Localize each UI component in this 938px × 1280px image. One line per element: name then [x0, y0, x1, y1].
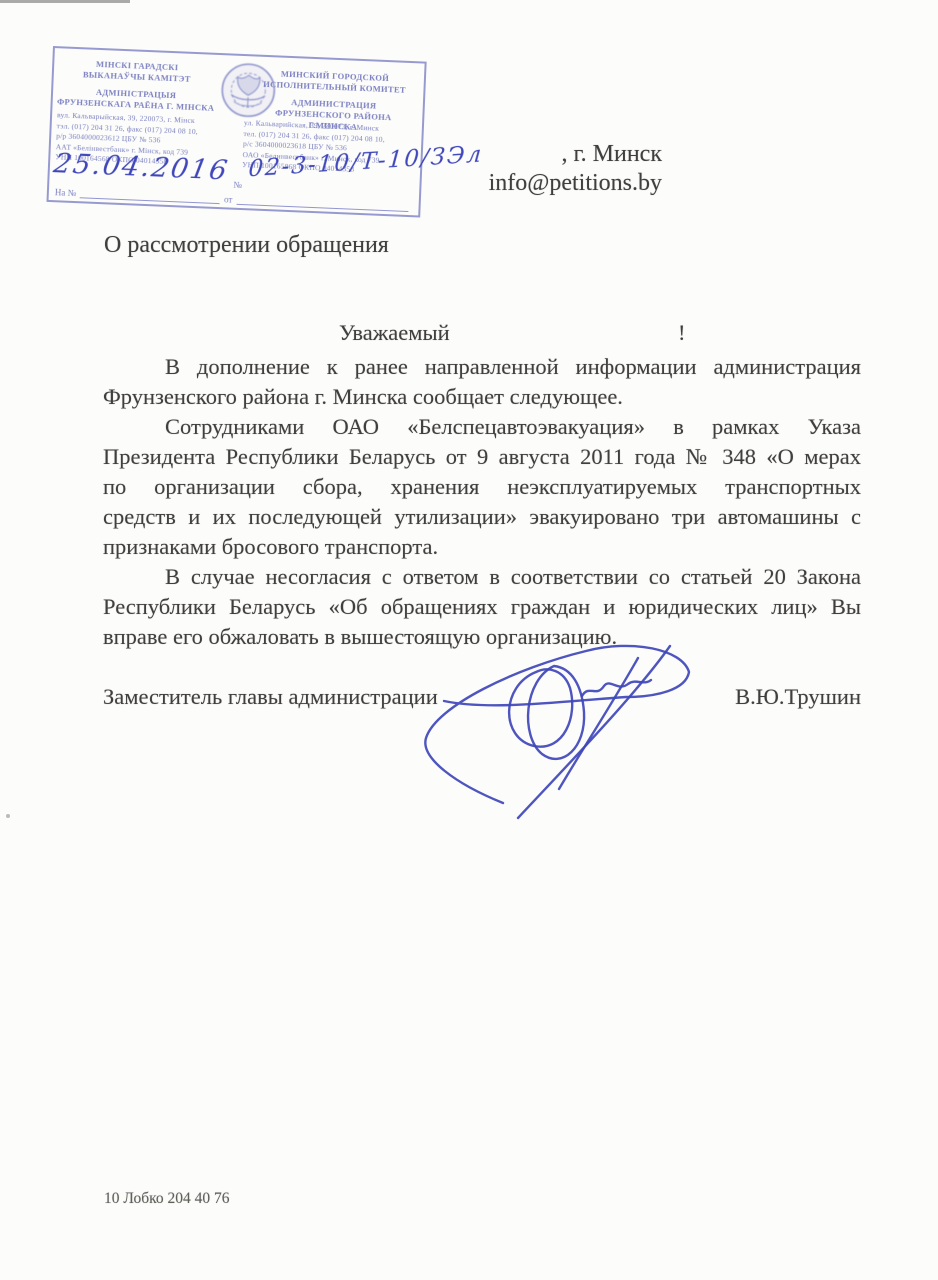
body-line: признаками бросового транспорта.	[103, 532, 861, 562]
reference-line: На № от	[55, 186, 413, 212]
salutation-punctuation: !	[678, 320, 686, 346]
handwritten-date: 25.04.2016	[51, 148, 231, 186]
signer-title: Заместитель главы администрации	[103, 684, 438, 710]
signer-name: В.Ю.Трушин	[735, 684, 861, 710]
body-line: В случае несогласия с ответом в соответс…	[103, 562, 861, 592]
body-line: В дополнение к ранее направленной информ…	[103, 352, 861, 382]
letter-body: Уважаемый ! В дополнение к ранее направл…	[103, 320, 861, 652]
blank-underline	[236, 194, 409, 212]
body-line: по организации сбора, хранения неэксплуа…	[103, 472, 861, 502]
recipient-email: info@petitions.by	[489, 169, 662, 198]
scanned-letter-page: МІНСКІ ГАРАДСКІ ВЫКАНАЎЧЫ КАМІТЭТ АДМІНІ…	[0, 0, 938, 1280]
salutation-row: Уважаемый !	[103, 320, 861, 352]
body-line: Республики Беларусь «Об обращениях гражд…	[103, 592, 861, 622]
blank-underline	[80, 187, 220, 204]
letterhead-stamp: МІНСКІ ГАРАДСКІ ВЫКАНАЎЧЫ КАМІТЭТ АДМІНІ…	[46, 46, 426, 218]
recipient-city: , г. Минск	[489, 140, 662, 169]
signature-scribble	[396, 634, 698, 824]
recipient-block: , г. Минск info@petitions.by	[489, 140, 662, 198]
salutation: Уважаемый	[339, 320, 450, 346]
body-line: Фрунзенского района г. Минска сообщает с…	[103, 382, 861, 412]
body-line: средств и их последующей утилизации» эва…	[103, 502, 861, 532]
na-number-label: На №	[55, 187, 77, 198]
footer-note: 10 Лобко 204 40 76	[104, 1190, 230, 1208]
body-line: Президента Республики Беларусь от 9 авгу…	[103, 442, 861, 472]
body-line: Сотрудниками ОАО «Белспецавтоэвакуация» …	[103, 412, 861, 442]
org-name-belarusian: МІНСКІ ГАРАДСКІ ВЫКАНАЎЧЫ КАМІТЭТ АДМІНІ…	[56, 57, 216, 114]
subject-line: О рассмотрении обращения	[104, 232, 389, 259]
number-label: №	[233, 180, 242, 190]
ot-label: от	[224, 194, 233, 204]
scan-speck-artifact	[6, 814, 10, 818]
scan-edge-artifact	[0, 0, 130, 3]
